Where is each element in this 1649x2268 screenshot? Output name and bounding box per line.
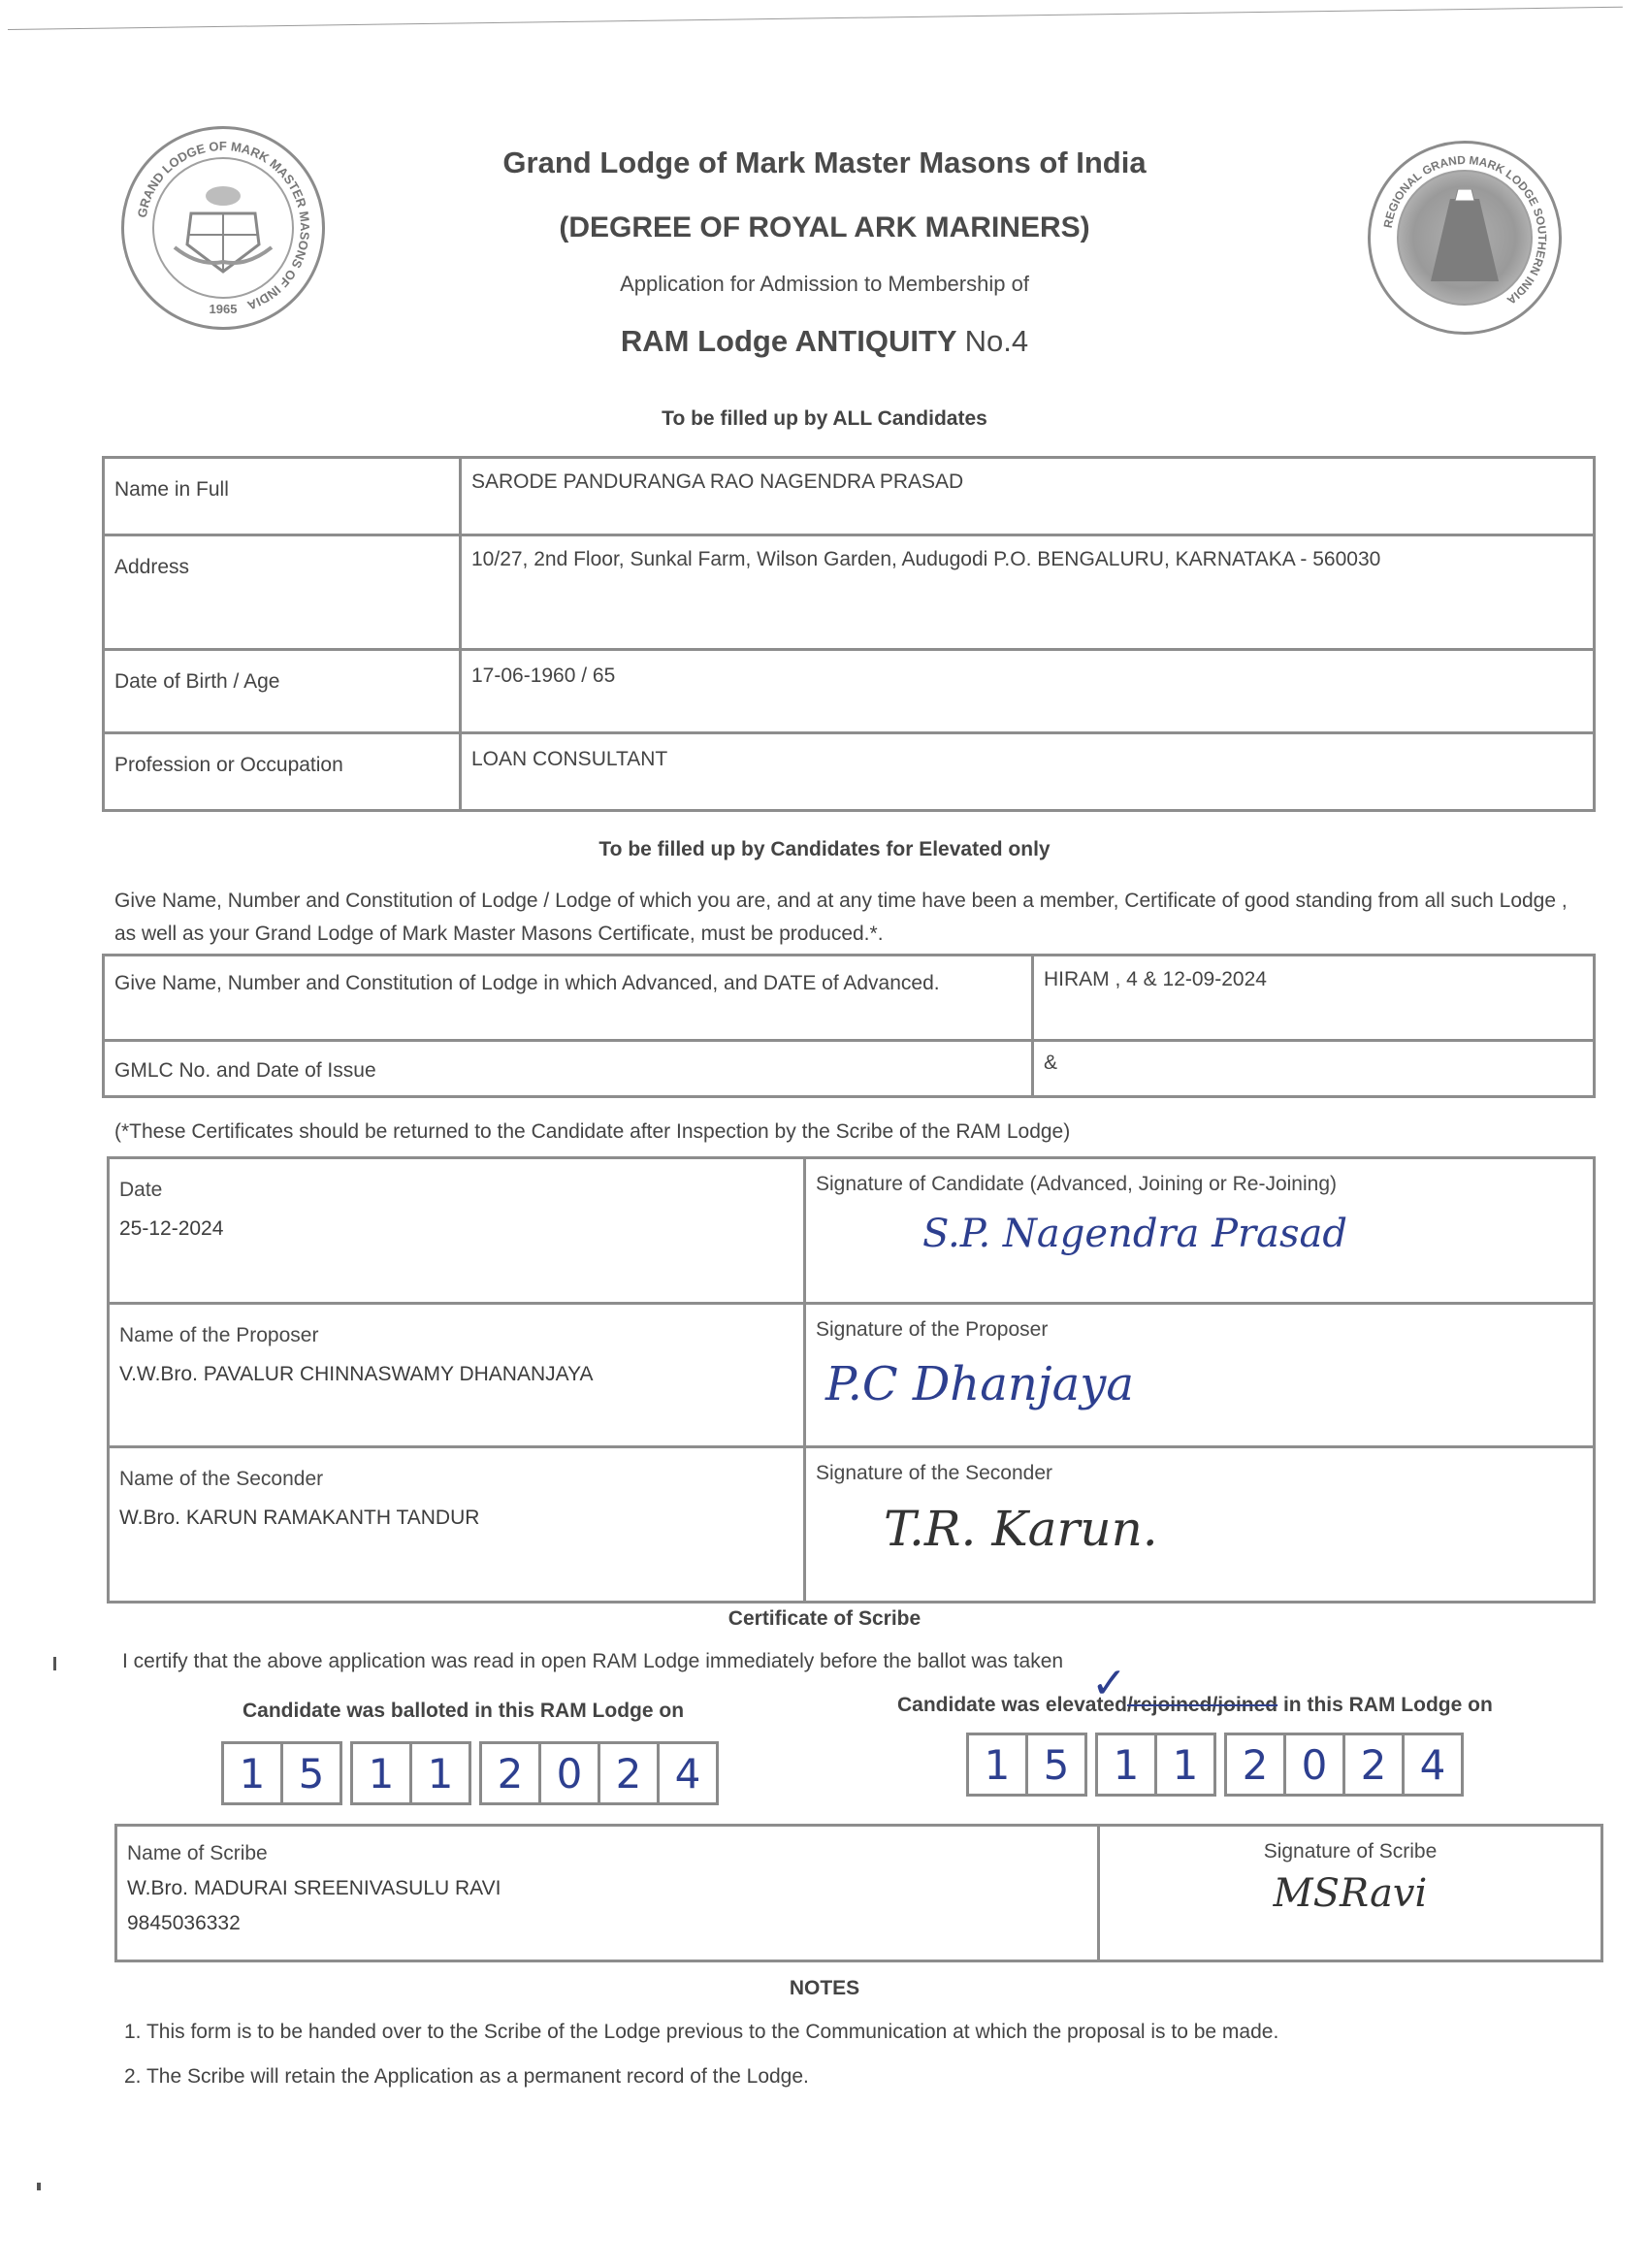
date-value[interactable]: 25-12-2024 [119,1217,793,1241]
month-group: 1 1 [350,1741,471,1805]
name-value[interactable]: SARODE PANDURANGA RAO NAGENDRA PRASAD [461,458,1595,535]
date-cell: Date 25-12-2024 [109,1158,805,1304]
table-row: Name of Scribe W.Bro. MADURAI SREENIVASU… [116,1826,1602,1961]
scribe-phone[interactable]: 9845036332 [127,1912,1087,1935]
proposer-signature: P.C Dhanjaya [825,1357,1134,1411]
table-row: Give Name, Number and Constitution of Lo… [104,956,1595,1041]
digit-box[interactable]: 4 [1405,1735,1461,1794]
table-row: Name in Full SARODE PANDURANGA RAO NAGEN… [104,458,1595,535]
scribe-table: Name of Scribe W.Bro. MADURAI SREENIVASU… [114,1824,1603,1962]
application-line: Application for Admission to Membership … [0,272,1649,297]
profession-value[interactable]: LOAN CONSULTANT [461,733,1595,811]
scribe-signature-cell: Signature of Scribe MSRavi [1099,1826,1602,1961]
scribe-signature: MSRavi [1274,1871,1428,1916]
scribe-statement: I certify that the above application was… [122,1645,1063,1678]
digit-box[interactable]: 4 [660,1744,716,1802]
elevated-details-table: Give Name, Number and Constitution of Lo… [102,954,1596,1098]
candidate-details-table: Name in Full SARODE PANDURANGA RAO NAGEN… [102,456,1596,812]
note-item: 2. The Scribe will retain the Applicatio… [124,2060,809,2093]
table-row: Name of the Seconder W.Bro. KARUN RAMAKA… [109,1447,1595,1603]
seconder-signature: T.R. Karun. [884,1501,1158,1557]
table-row: Name of the Proposer V.W.Bro. PAVALUR CH… [109,1304,1595,1447]
dob-value[interactable]: 17-06-1960 / 65 [461,650,1595,733]
svg-text:1965: 1965 [210,302,238,316]
proposer-signature-label: Signature of the Proposer [816,1318,1583,1342]
elevated-label: Candidate was elevated/rejoined/joined i… [897,1694,1493,1717]
lodge-title: RAM Lodge ANTIQUITY No.4 [0,324,1649,359]
certificates-footnote: (*These Certificates should be returned … [114,1116,1070,1149]
scribe-signature-label: Signature of Scribe [1110,1840,1591,1863]
seconder-signature-cell: Signature of the Seconder T.R. Karun. [805,1447,1595,1603]
name-label: Name in Full [104,458,461,535]
digit-box[interactable]: 0 [1286,1735,1345,1794]
lodge-number: No.4 [965,324,1028,358]
gmlc-label: GMLC No. and Date of Issue [104,1041,1033,1097]
digit-box[interactable]: 5 [283,1744,339,1802]
address-label: Address [104,535,461,650]
lodge-name: RAM Lodge ANTIQUITY [621,324,956,358]
scribe-name-label: Name of Scribe [127,1842,1087,1865]
section-elevated-heading: To be filled up by Candidates for Elevat… [0,838,1649,861]
table-row: Date of Birth / Age 17-06-1960 / 65 [104,650,1595,733]
table-row: Profession or Occupation LOAN CONSULTANT [104,733,1595,811]
signatures-table: Date 25-12-2024 Signature of Candidate (… [107,1156,1596,1604]
proposer-signature-cell: Signature of the Proposer P.C Dhanjaya [805,1304,1595,1447]
struck-options: /rejoined/joined [1127,1694,1277,1716]
digit-box[interactable]: 2 [1227,1735,1286,1794]
seconder-name[interactable]: W.Bro. KARUN RAMAKANTH TANDUR [119,1507,793,1530]
note-item: 1. This form is to be handed over to the… [124,2016,1278,2049]
table-row: Address 10/27, 2nd Floor, Sunkal Farm, W… [104,535,1595,650]
proposer-name[interactable]: V.W.Bro. PAVALUR CHINNASWAMY DHANANJAYA [119,1363,793,1386]
digit-box[interactable]: 2 [482,1744,541,1802]
day-group: 1 5 [221,1741,342,1805]
table-row: GMLC No. and Date of Issue & [104,1041,1595,1097]
month-group: 1 1 [1095,1733,1216,1797]
proposer-cell: Name of the Proposer V.W.Bro. PAVALUR CH… [109,1304,805,1447]
balloted-date-boxes[interactable]: 1 5 1 1 2 0 2 4 [221,1741,719,1805]
proposer-label: Name of the Proposer [119,1324,793,1347]
scribe-name-cell: Name of Scribe W.Bro. MADURAI SREENIVASU… [116,1826,1099,1961]
scan-mark [53,1657,56,1670]
elevated-instruction: Give Name, Number and Constitution of Lo… [114,885,1589,951]
digit-box[interactable]: 2 [600,1744,660,1802]
scribe-certificate-heading: Certificate of Scribe [0,1607,1649,1631]
year-group: 2 0 2 4 [479,1741,719,1805]
elevated-date-boxes[interactable]: 1 5 1 1 2 0 2 4 [966,1733,1464,1797]
profession-label: Profession or Occupation [104,733,461,811]
digit-box[interactable]: 0 [541,1744,600,1802]
advanced-lodge-value[interactable]: HIRAM , 4 & 12-09-2024 [1033,956,1595,1041]
notes-heading: NOTES [0,1977,1649,2000]
seconder-label: Name of the Seconder [119,1468,793,1491]
digit-box[interactable]: 1 [1098,1735,1157,1794]
digit-box[interactable]: 5 [1028,1735,1084,1794]
dob-label: Date of Birth / Age [104,650,461,733]
candidate-signature-label: Signature of Candidate (Advanced, Joinin… [816,1173,1583,1196]
scan-mark [37,2183,41,2190]
digit-box[interactable]: 1 [353,1744,412,1802]
digit-box[interactable]: 1 [1157,1735,1213,1794]
year-group: 2 0 2 4 [1224,1733,1464,1797]
gmlc-value[interactable]: & [1033,1041,1595,1097]
digit-box[interactable]: 1 [969,1735,1028,1794]
page-edge [8,7,1623,30]
table-row: Date 25-12-2024 Signature of Candidate (… [109,1158,1595,1304]
digit-box[interactable]: 1 [224,1744,283,1802]
balloted-label: Candidate was balloted in this RAM Lodge… [242,1700,684,1723]
digit-box[interactable]: 2 [1345,1735,1405,1794]
address-value[interactable]: 10/27, 2nd Floor, Sunkal Farm, Wilson Ga… [461,535,1595,650]
seconder-cell: Name of the Seconder W.Bro. KARUN RAMAKA… [109,1447,805,1603]
tick-mark-icon: ✓ [1091,1659,1127,1708]
degree-title: (DEGREE OF ROYAL ARK MARINERS) [0,211,1649,244]
candidate-signature-cell: Signature of Candidate (Advanced, Joinin… [805,1158,1595,1304]
day-group: 1 5 [966,1733,1087,1797]
document-title: Grand Lodge of Mark Master Masons of Ind… [0,146,1649,180]
digit-box[interactable]: 1 [412,1744,469,1802]
seconder-signature-label: Signature of the Seconder [816,1462,1583,1485]
advanced-lodge-label: Give Name, Number and Constitution of Lo… [104,956,1033,1041]
section-all-heading: To be filled up by ALL Candidates [0,407,1649,431]
date-label: Date [119,1179,793,1202]
scribe-name[interactable]: W.Bro. MADURAI SREENIVASULU RAVI [127,1877,1087,1900]
candidate-signature: S.P. Nagendra Prasad [922,1212,1347,1256]
